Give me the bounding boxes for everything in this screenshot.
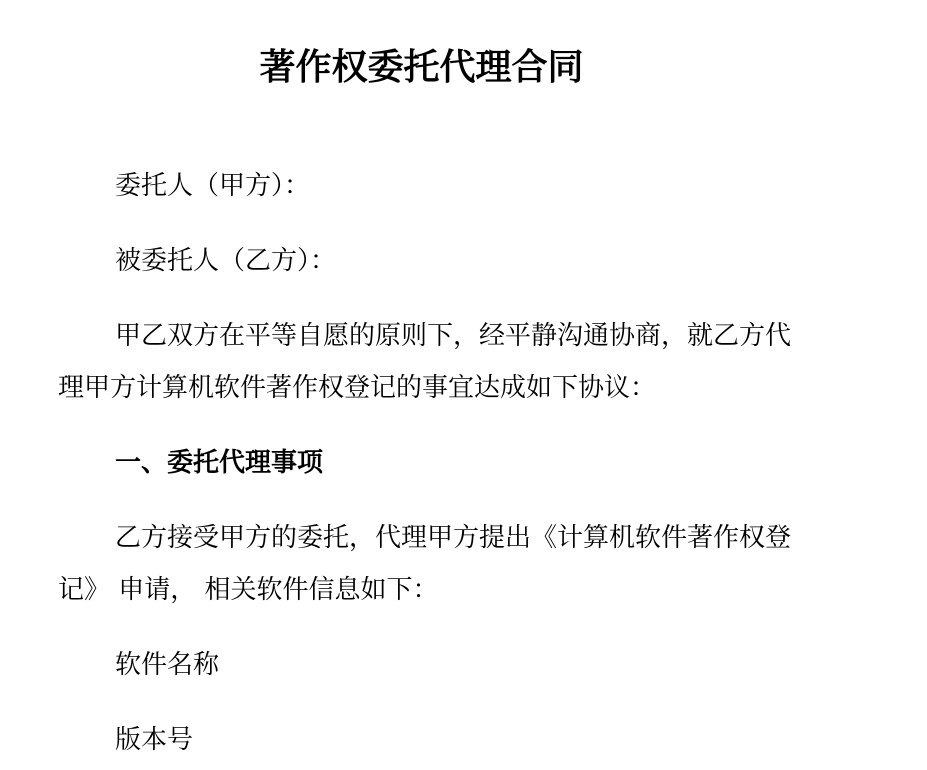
section-1-body-paragraph: 乙方接受甲方的委托，代理甲方提出《计算机软件著作权登 记》 申请， 相关软件信息… [58,512,785,616]
party-b-paragraph: 被委托人（乙方）： [58,235,785,287]
party-a-paragraph: 委托人（甲方）： [58,160,785,212]
section-1-body-line-2: 记》 申请， 相关软件信息如下： [58,564,785,616]
document-content: 著作权委托代理合同 委托人（甲方）： 被委托人（乙方）： 甲乙双方在平等自愿的原… [58,41,785,766]
software-name-paragraph: 软件名称 [58,639,785,691]
version-label: 版本号 [58,714,785,766]
preamble-paragraph: 甲乙双方在平等自愿的原则下，经平静沟通协商，就乙方代 理甲方计算机软件著作权登记… [58,310,785,414]
document-title: 著作权委托代理合同 [58,41,785,93]
section-1-heading: 一、委托代理事项 [58,437,785,489]
version-paragraph: 版本号 [58,714,785,766]
software-name-label: 软件名称 [58,639,785,691]
preamble-line-2: 理甲方计算机软件著作权登记的事宜达成如下协议： [58,362,785,414]
party-b-label: 被委托人（乙方）： [58,235,785,287]
section-1-heading-paragraph: 一、委托代理事项 [58,437,785,489]
document-page: 著作权委托代理合同 委托人（甲方）： 被委托人（乙方）： 甲乙双方在平等自愿的原… [0,0,927,770]
preamble-line-1: 甲乙双方在平等自愿的原则下，经平静沟通协商，就乙方代 [58,310,785,362]
section-1-body-line-1: 乙方接受甲方的委托，代理甲方提出《计算机软件著作权登 [58,512,785,564]
party-a-label: 委托人（甲方）： [58,160,785,212]
